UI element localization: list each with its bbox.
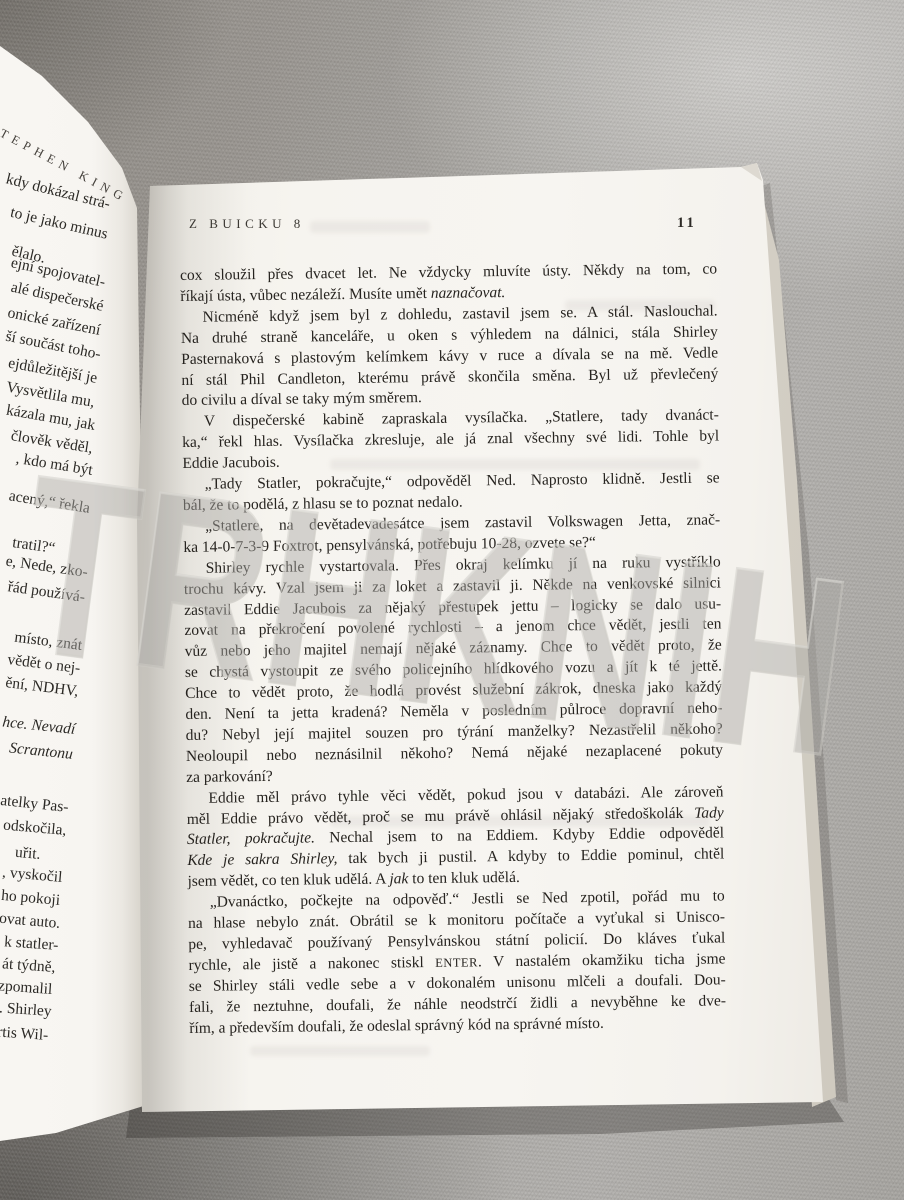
body-text: cox sloužil přes dvacet let. Ne vždycky … [180, 259, 726, 1039]
text-segment: Tady [694, 804, 724, 821]
left-page-text-fragment: atelky Pas- [0, 792, 69, 817]
text-segment: bál, že to podělá, z hlasu se to poznat … [183, 494, 463, 514]
left-page-text-fragment: . Shirley [0, 999, 53, 1021]
text-segment: do civilu a díval se taky mým směrem. [182, 389, 422, 409]
book-photo: TEPHEN KING kdy dokázal strá-to je jako … [0, 0, 904, 1200]
text-segment: za parkování? [186, 768, 273, 786]
text-segment: řím, a především doufali, že odeslal spr… [189, 1015, 604, 1037]
left-page-text-fragment: acený,“ řekla [8, 487, 92, 518]
chapter-running-header: Z BUICKU 8 [189, 216, 305, 232]
text-segment: Kde je sakra Shirley, [187, 850, 337, 869]
text-segment: V dispečerské kabině zapraskala vysílačk… [204, 407, 719, 430]
text-segment: rychle, ale jistě a nakonec stiskl [188, 954, 435, 974]
left-page-text-fragment: ho pokoji [0, 887, 60, 910]
left-page-text-fragment: odskočila, [2, 817, 67, 840]
page-number: 11 [677, 215, 697, 232]
showthrough-ghost [310, 221, 430, 233]
text-segment: Eddie Jacubois. [182, 454, 279, 472]
text-segment: jsem vědět, co ten kluk udělá. A [187, 871, 389, 890]
text-segment: tak bych ji pustil. A kdyby to Eddie pom… [337, 846, 724, 868]
left-page-text-fragment: vědět o nej- [6, 651, 81, 678]
text-segment: „Statlere, na devětadevadesátce jsem zas… [205, 511, 720, 534]
text-segment: „Tady Statler, pokračujte,“ odpověděl Ne… [205, 469, 720, 492]
text-segment: . V nastalém okamžiku ticha jsme [478, 950, 726, 970]
text-segment: to ten kluk udělá. [408, 869, 520, 887]
left-page-text-fragment: ovat auto. [0, 910, 61, 933]
left-page-text-fragment: ění, NDHV, [4, 674, 79, 701]
left-page-text-fragment: rtis Wil- [0, 1023, 49, 1045]
text-segment: ENTER [435, 955, 478, 970]
text-segment: ka 14-0-7-3-9 Foxtrot, pensylvánská, pot… [183, 534, 596, 556]
left-page-fragments: TEPHEN KING kdy dokázal strá-to je jako … [0, 0, 150, 1100]
left-page-text-fragment: Scrantonu [9, 739, 74, 764]
left-page-text-fragment: řád používá- [7, 578, 87, 607]
text-segment: naznačovat. [431, 284, 506, 302]
showthrough-ghost [250, 1046, 430, 1056]
text-segment: říkají ústa, vůbec nezáleží. Musíte umět [180, 285, 431, 305]
left-page-text-fragment: hce. Nevadí [1, 713, 76, 739]
text-segment: Nechal jsem to na Eddiem. Kdyby Eddie od… [315, 825, 724, 847]
text-segment: Statler, pokračujte. [187, 830, 315, 849]
left-page-text-fragment: , vyskočil [1, 864, 63, 887]
left-page-text-fragment: zpomalil [0, 977, 53, 999]
left-page-text-fragment: át týdně, [1, 955, 56, 977]
left-page-text-fragment: uřit. [14, 844, 41, 864]
left-page-text-fragment: místo, znát [13, 629, 83, 655]
left-page-text-fragment: k statler- [3, 933, 58, 955]
text-segment: jak [389, 871, 408, 888]
text-segment: Eddie měl právo tyhle věci vědět, pokud … [208, 783, 723, 806]
text-segment: „Dvanáctko, počkejte na odpověď.“ Jestli… [210, 888, 725, 911]
